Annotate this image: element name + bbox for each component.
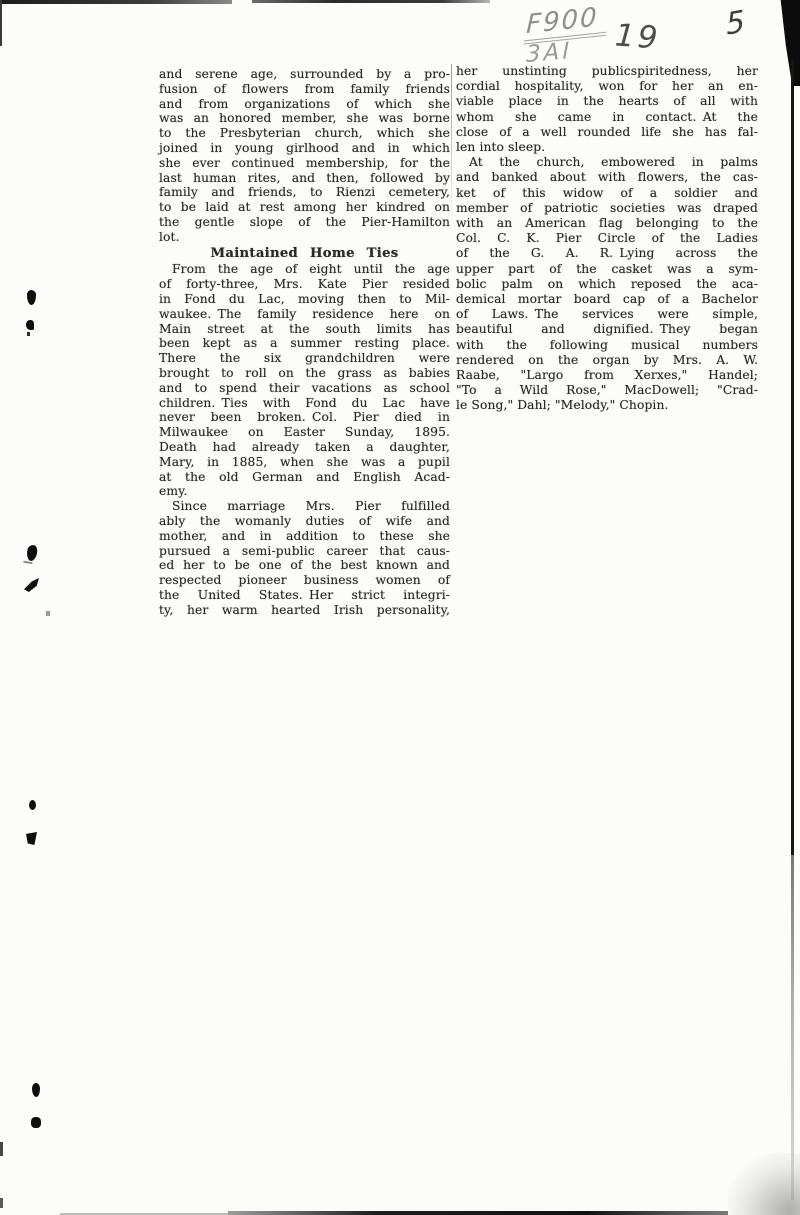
text-line: mother, and in addition to these she — [159, 529, 450, 544]
text-line: From the age of eight until the age — [159, 262, 450, 277]
text-line: the United States. Her strict integri- — [159, 588, 450, 603]
text-line: whom she came in contact. At the — [456, 110, 758, 125]
text-line: of forty-three, Mrs. Kate Pier resided — [159, 277, 450, 292]
text-line: Since marriage Mrs. Pier fulfilled — [159, 499, 450, 514]
paragraph: At the church, embowered in palmsand ban… — [456, 155, 758, 413]
scan-edge-left-tick — [0, 1142, 3, 1156]
text-line: member of patriotic societies was draped — [456, 201, 758, 216]
right-column: her unstinting publicspiritedness, herco… — [456, 64, 758, 414]
text-line: ably the womanly duties of wife and — [159, 514, 450, 529]
text-line: waukee. The family residence here on — [159, 307, 450, 322]
scan-corner-smudge — [728, 1153, 800, 1215]
ink-mark — [26, 320, 34, 330]
text-line: at the old German and English Acad- — [159, 470, 450, 485]
text-line: ty, her warm hearted Irish personality, — [159, 603, 450, 618]
left-column: and serene age, surrounded by a pro-fusi… — [159, 67, 450, 617]
text-line: and banked about with flowers, the cas- — [456, 170, 758, 185]
text-line: in Fond du Lac, moving then to Mil- — [159, 292, 450, 307]
paragraph: Since marriage Mrs. Pier fulfilledably t… — [159, 499, 450, 617]
text-line: emy. — [159, 484, 450, 499]
scan-edge-left-tick — [0, 0, 2, 46]
text-line: At the church, embowered in palms — [456, 155, 758, 170]
text-line: ket of this widow of a soldier and — [456, 186, 758, 201]
scanned-page: F900 3AI 19 5 and serene age, surrounded… — [0, 0, 800, 1215]
text-line: brought to roll on the grass as babies — [159, 366, 450, 381]
text-line: respected pioneer business women of — [159, 573, 450, 588]
text-line: cordial hospitality, won for her an en- — [456, 79, 758, 94]
text-line: family and friends, to Rienzi cemetery, — [159, 185, 450, 200]
text-line: rendered on the organ by Mrs. A. W. — [456, 353, 758, 368]
text-line: her unstinting publicspiritedness, her — [456, 64, 758, 79]
text-line: to be laid at rest among her kindred on — [159, 200, 450, 215]
text-line: with an American flag belonging to the — [456, 216, 758, 231]
handwritten-page-number: 5 — [725, 4, 746, 42]
text-line: last human rites, and then, followed by — [159, 171, 450, 186]
text-line: the gentle slope of the Pier-Hamilton — [159, 215, 450, 230]
scan-edge-left-tick — [0, 1198, 3, 1208]
ink-mark — [46, 611, 50, 616]
text-line: bolic palm on which reposed the aca- — [456, 277, 758, 292]
text-line: There the six grandchildren were — [159, 351, 450, 366]
text-line: been kept as a summer resting place. — [159, 336, 450, 351]
ink-mark — [29, 800, 36, 810]
ink-mark — [24, 578, 39, 592]
ink-mark — [27, 290, 36, 305]
handwritten-number: 19 — [614, 17, 662, 56]
text-line: Raabe, "Largo from Xerxes," Handel; — [456, 368, 758, 383]
text-line: fusion of flowers from family friends — [159, 82, 450, 97]
text-line: never been broken. Col. Pier died in — [159, 410, 450, 425]
scan-edge-right-fade — [791, 855, 794, 1200]
text-line: lot. — [159, 230, 450, 245]
ink-mark — [31, 1117, 41, 1128]
text-line: with the following musical numbers — [456, 338, 758, 353]
text-line: to the Presbyterian church, which she — [159, 126, 450, 141]
text-line: children. Ties with Fond du Lac have — [159, 396, 450, 411]
scan-edge-top-left — [0, 0, 232, 4]
text-line: and from organizations of which she — [159, 97, 450, 112]
scan-edge-top-mid — [252, 0, 490, 3]
text-line: pursued a semi-public career that caus- — [159, 544, 450, 559]
paragraph: From the age of eight until the ageof fo… — [159, 262, 450, 499]
text-line: of the G. A. R. Lying across the — [456, 246, 758, 261]
text-line: close of a well rounded life she has fal… — [456, 125, 758, 140]
paragraph: her unstinting publicspiritedness, herco… — [456, 64, 758, 155]
text-line: beautiful and dignified. They began — [456, 322, 758, 337]
text-line: ed her to be one of the best known and — [159, 558, 450, 573]
text-line: viable place in the hearts of all with — [456, 94, 758, 109]
section-heading: Maintained Home Ties — [159, 247, 450, 262]
scan-corner-wedge — [777, 0, 800, 86]
ink-mark — [32, 1083, 40, 1097]
text-line: upper part of the casket was a sym- — [456, 262, 758, 277]
text-line: she ever continued membership, for the — [159, 156, 450, 171]
text-line: Milwaukee on Easter Sunday, 1895. — [159, 425, 450, 440]
text-line: len into sleep. — [456, 140, 758, 155]
column-rule — [451, 64, 452, 224]
ink-mark — [26, 544, 38, 561]
text-line: le Song," Dahl; "Melody," Chopin. — [456, 398, 758, 413]
scan-edge-bottom-line — [228, 1211, 728, 1215]
scan-edge-right-line — [791, 60, 794, 855]
text-line: "To a Wild Rose," MacDowell; "Crad- — [456, 383, 758, 398]
text-line: demical mortar board cap of a Bachelor — [456, 292, 758, 307]
ink-mark — [26, 832, 37, 845]
paragraph: and serene age, surrounded by a pro-fusi… — [159, 67, 450, 245]
text-line: Mary, in 1885, when she was a pupil — [159, 455, 450, 470]
text-line: joined in young girlhood and in which — [159, 141, 450, 156]
text-line: and serene age, surrounded by a pro- — [159, 67, 450, 82]
text-line: was an honored member, she was borne — [159, 111, 450, 126]
text-line: Death had already taken a daughter, — [159, 440, 450, 455]
text-line: of Laws. The services were simple, — [456, 307, 758, 322]
text-line: Main street at the south limits has — [159, 322, 450, 337]
text-line: Col. C. K. Pier Circle of the Ladies — [456, 231, 758, 246]
text-line: and to spend their vacations as school — [159, 381, 450, 396]
